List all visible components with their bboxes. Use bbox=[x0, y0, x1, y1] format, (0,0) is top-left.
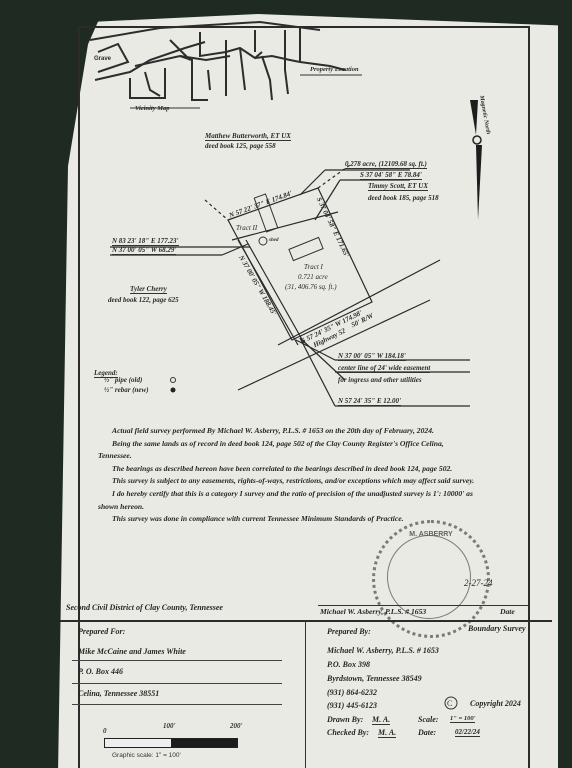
rebar-symbol-icon bbox=[171, 388, 176, 393]
survey-notes: Actual field survey performed By Michael… bbox=[98, 425, 478, 526]
scale-value: 1" = 100' bbox=[450, 715, 475, 723]
shed-label: shed bbox=[269, 238, 278, 243]
map-label: Grave bbox=[94, 56, 111, 62]
adjoiner-west-name: Tyler Cherry bbox=[130, 285, 167, 294]
signature-name: Michael W. Asberry, P.L.S. # 1653 bbox=[320, 607, 426, 616]
prepared-by-label: Prepared By: bbox=[327, 627, 371, 636]
scale-tick-200: 200' bbox=[230, 722, 242, 730]
easement-call-2: center line of 24' wide easement bbox=[338, 364, 430, 373]
adjoiner-north-name: Matthew Butterworth, ET UX bbox=[205, 132, 291, 141]
signature-date-label: Date bbox=[500, 607, 515, 616]
surveyor-name: Michael W. Asberry, P.L.S. # 1653 bbox=[327, 646, 439, 655]
scale-label: Scale: bbox=[418, 715, 438, 724]
client-address-1: P. O. Box 446 bbox=[78, 667, 123, 676]
surveyor-address-2: Byrdstown, Tennessee 38549 bbox=[327, 674, 422, 683]
graphic-scale-caption: Graphic scale: 1" = 100' bbox=[112, 752, 181, 759]
signature-line bbox=[318, 605, 530, 606]
surveyor-phone-1: (931) 864-6232 bbox=[327, 688, 377, 697]
date-value: 02/22/24 bbox=[455, 728, 480, 737]
copyright-text: Copyright 2024 bbox=[470, 699, 521, 708]
adjoiner-east-bearing: S 37 04' 58" E 78.84' bbox=[360, 171, 422, 180]
drawn-by-label: Drawn By: bbox=[327, 715, 363, 724]
tract-2-label: Tract II bbox=[236, 224, 257, 232]
title-block-divider bbox=[305, 620, 306, 768]
tract-1-sqft: (31, 406.76 sq. ft.) bbox=[285, 283, 337, 291]
tract-1-area: 0.721 acre bbox=[298, 273, 328, 281]
surveyor-phone-2: (931) 445-6123 bbox=[327, 701, 377, 710]
adjoiner-east-area: 0.278 acre, (12109.68 sq. ft.) bbox=[345, 160, 427, 169]
scale-tick-0: 0 bbox=[103, 727, 107, 735]
legend-item-rebar: ½" rebar (new) bbox=[104, 386, 149, 394]
call-left-1: N 83 23' 18" E 177.23' bbox=[112, 237, 179, 246]
tract-1-label: Tract I bbox=[304, 263, 323, 271]
surveyor-address-1: P.O. Box 398 bbox=[327, 660, 370, 669]
handwritten-date: 2-27-24 bbox=[464, 578, 493, 588]
survey-type: Boundary Survey bbox=[468, 624, 526, 633]
property-location-label: Property Location bbox=[310, 66, 359, 73]
vicinity-map-roads bbox=[90, 22, 345, 100]
call-left-2: N 37 00' 05" W 68.29' bbox=[112, 246, 176, 255]
legend-item-pipe: ½" pipe (old) bbox=[104, 376, 142, 384]
note: Being the same lands as of record in dee… bbox=[98, 438, 478, 463]
client-name: Mike McCaine and James White bbox=[78, 647, 186, 656]
note: I do hereby certify that this is a categ… bbox=[98, 488, 478, 513]
adjoiner-north-deed: deed book 125, page 558 bbox=[205, 142, 276, 150]
easement-call-3: for ingress and other utilities bbox=[338, 376, 422, 384]
easement-call-4: N 57 24' 35" E 12.00' bbox=[338, 397, 401, 406]
note: This survey is subject to any easements,… bbox=[98, 475, 478, 488]
client-address-2: Celina, Tennessee 38551 bbox=[78, 689, 159, 698]
pipe-symbol-icon bbox=[171, 378, 176, 383]
district-label: Second Civil District of Clay County, Te… bbox=[66, 603, 223, 612]
graphic-scale-bar bbox=[104, 738, 238, 748]
note: The bearings as described hereon have be… bbox=[98, 463, 478, 476]
checked-by-label: Checked By: bbox=[327, 728, 369, 737]
checked-by-value: M. A. bbox=[378, 728, 396, 738]
date-label: Date: bbox=[418, 728, 436, 737]
vicinity-map-title: Vicinity Map bbox=[135, 105, 170, 112]
north-arrow-icon bbox=[470, 100, 482, 220]
adjoiner-east-name: Timmy Scott, ET UX bbox=[368, 182, 428, 191]
easement-call-1: N 37 00' 05" W 184.18' bbox=[338, 352, 406, 361]
scale-tick-100: 100' bbox=[163, 722, 175, 730]
adjoiner-east-deed: deed book 185, page 518 bbox=[368, 194, 439, 202]
prepared-for-label: Prepared For: bbox=[78, 627, 125, 636]
drawn-by-value: M. A. bbox=[372, 715, 390, 725]
adjoiner-west-deed: deed book 122, page 625 bbox=[108, 296, 179, 304]
note: Actual field survey performed By Michael… bbox=[98, 425, 478, 438]
